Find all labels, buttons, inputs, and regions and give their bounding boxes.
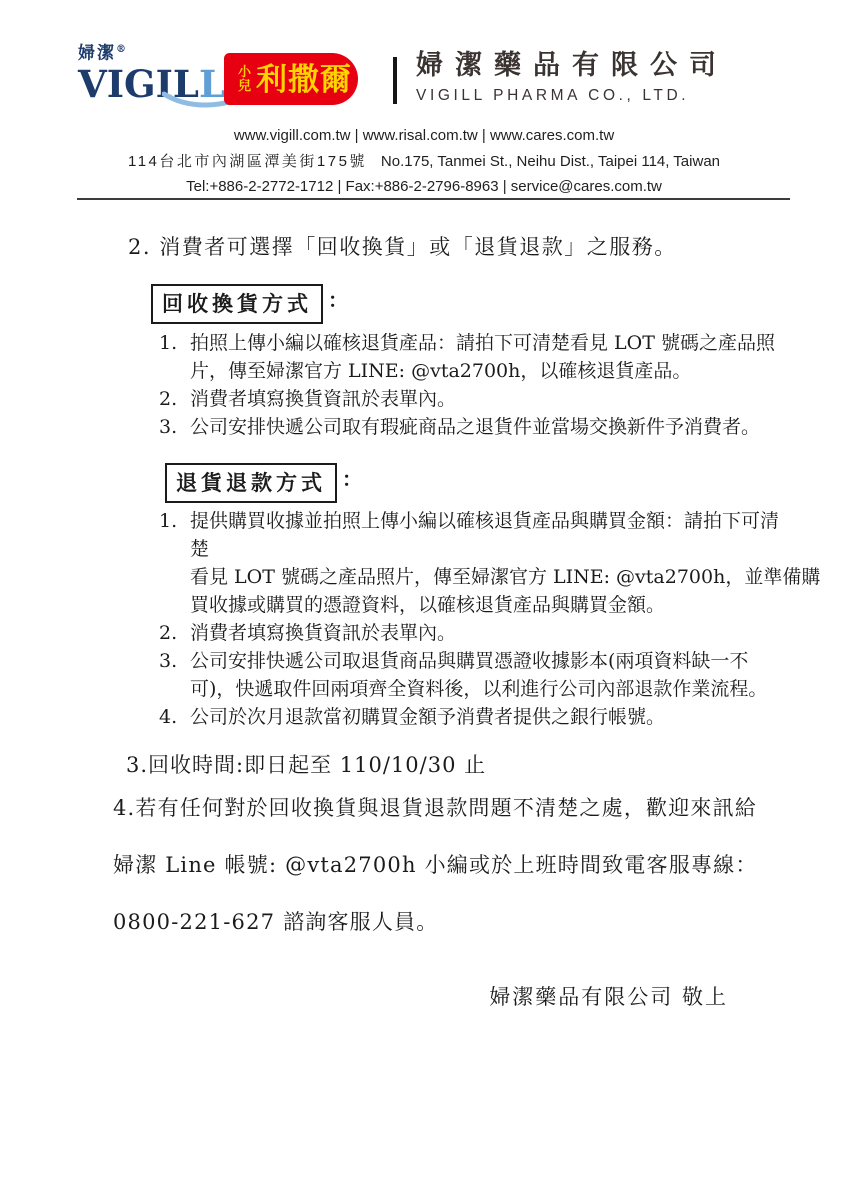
item-text: 消費者填寫換貨資訊於表單內。 — [190, 619, 456, 647]
contact-tel-fax-email: Tel:+886-2-2772-1712 | Fax:+886-2-2796-8… — [0, 174, 848, 200]
item-line: 看見 LOT 號碼之產品照片，傳至婦潔官方 LINE: @vta2700h，並準… — [190, 563, 820, 591]
item-line: 公司安排快遞公司取有瑕疵商品之退貨件並當場交換新件予消費者。 — [190, 413, 760, 441]
item-line: 公司安排快遞公司取退貨商品與購買憑證收據影本(兩項資料缺一不 — [190, 647, 767, 675]
item-number: 4. — [159, 703, 190, 731]
document-page: 婦潔® VIGILL 小兒 利撒爾 婦潔藥品有限公司 VIGILL PHARMA… — [0, 0, 848, 1200]
company-name-block: 婦潔藥品有限公司 VIGILL PHARMA CO., LTD. — [416, 51, 728, 105]
contact-address-cn: 114台北市內湖區潭美街175號 — [128, 153, 367, 170]
item-line: 公司於次月退款當初購買金額予消費者提供之銀行帳號。 — [190, 703, 665, 731]
item-line: 可)，快遞取件回兩項齊全資料後，以利進行公司內部退款作業流程。 — [190, 675, 767, 703]
item-line: 拍照上傳小編以確核退貨產品：請拍下可清楚看見 LOT 號碼之產品照 — [190, 329, 775, 357]
logo-wordmark: VIGILL — [78, 66, 225, 103]
registered-mark: ® — [116, 44, 126, 55]
item-number: 3. — [159, 413, 190, 441]
header-divider-bar — [393, 57, 397, 104]
item-number: 1. — [159, 507, 190, 619]
contact-address-en: No.175, Tanmei St., Neihu Dist., Taipei … — [381, 153, 720, 170]
item-text: 公司安排快遞公司取有瑕疵商品之退貨件並當場交換新件予消費者。 — [190, 413, 760, 441]
list-item: 4. 公司於次月退款當初購買金額予消費者提供之銀行帳號。 — [159, 703, 820, 731]
item-line: 片，傳至婦潔官方 LINE: @vta2700h，以確核退貨產品。 — [190, 357, 775, 385]
item-number: 3. — [159, 647, 190, 703]
badge-large-label: 利撒爾 — [256, 64, 352, 95]
item-line: 買收據或購買的憑證資料，以確核退貨產品與購買金額。 — [190, 591, 820, 619]
paragraph-2: 2. 消費者可選擇「回收換貨」或「退貨退款」之服務。 — [128, 231, 677, 261]
refund-list: 1. 提供購買收據並拍照上傳小編以確核退貨產品與購買金額：請拍下可清 楚 看見 … — [159, 507, 820, 731]
item-text: 拍照上傳小編以確核退貨產品：請拍下可清楚看見 LOT 號碼之產品照 片，傳至婦潔… — [190, 329, 775, 385]
paragraph-4-line: 婦潔 Line 帳號: @vta2700h 小編或於上班時間致電客服專線： — [113, 853, 758, 877]
list-item: 2. 消費者填寫換貨資訊於表單內。 — [159, 385, 775, 413]
contact-block: www.vigill.com.tw | www.risal.com.tw | w… — [0, 123, 848, 200]
logo-brand-cn-text: 婦潔 — [78, 44, 116, 64]
exchange-method-heading: 回收換貨方式： — [151, 284, 348, 324]
logo-brand-cn: 婦潔® — [78, 45, 225, 63]
list-item: 3. 公司安排快遞公司取有瑕疵商品之退貨件並當場交換新件予消費者。 — [159, 413, 775, 441]
closing-signature: 婦潔藥品有限公司 敬上 — [489, 981, 728, 1011]
refund-method-title: 退貨退款方式 — [165, 463, 337, 503]
item-text: 公司安排快遞公司取退貨商品與購買憑證收據影本(兩項資料缺一不 可)，快遞取件回兩… — [190, 647, 767, 703]
company-name-en: VIGILL PHARMA CO., LTD. — [416, 87, 728, 105]
list-item: 1. 拍照上傳小編以確核退貨產品：請拍下可清楚看見 LOT 號碼之產品照 片，傳… — [159, 329, 775, 385]
paragraph-4-line: 4.若有任何對於回收換貨與退貨退款問題不清楚之處，歡迎來訊給 — [113, 796, 758, 820]
item-line: 楚 — [190, 535, 820, 563]
exchange-list: 1. 拍照上傳小編以確核退貨產品：請拍下可清楚看見 LOT 號碼之產品照 片，傳… — [159, 329, 775, 441]
exchange-method-title: 回收換貨方式 — [151, 284, 323, 324]
header-rule — [77, 198, 790, 200]
paragraph-4-line: 0800-221-627 諮詢客服人員。 — [113, 910, 758, 934]
item-text: 提供購買收據並拍照上傳小編以確核退貨產品與購買金額：請拍下可清 楚 看見 LOT… — [190, 507, 820, 619]
item-text: 公司於次月退款當初購買金額予消費者提供之銀行帳號。 — [190, 703, 665, 731]
item-number: 2. — [159, 385, 190, 413]
item-line: 消費者填寫換貨資訊於表單內。 — [190, 619, 456, 647]
item-number: 2. — [159, 619, 190, 647]
contact-websites: www.vigill.com.tw | www.risal.com.tw | w… — [0, 123, 848, 149]
risal-badge: 小兒 利撒爾 — [224, 53, 358, 105]
list-item: 2. 消費者填寫換貨資訊於表單內。 — [159, 619, 820, 647]
refund-method-colon: ： — [342, 467, 362, 491]
item-text: 消費者填寫換貨資訊於表單內。 — [190, 385, 456, 413]
company-name-cn: 婦潔藥品有限公司 — [416, 51, 728, 81]
badge-small-label: 小兒 — [238, 65, 253, 92]
item-line: 消費者填寫換貨資訊於表單內。 — [190, 385, 456, 413]
paragraph-3: 3.回收時間:即日起至 110/10/30 止 — [126, 749, 486, 779]
exchange-method-colon: ： — [328, 288, 348, 312]
vigill-logo: 婦潔® VIGILL — [78, 45, 225, 103]
list-item: 1. 提供購買收據並拍照上傳小編以確核退貨產品與購買金額：請拍下可清 楚 看見 … — [159, 507, 820, 619]
paragraph-4: 4.若有任何對於回收換貨與退貨退款問題不清楚之處，歡迎來訊給 婦潔 Line 帳… — [113, 796, 758, 967]
item-number: 1. — [159, 329, 190, 385]
contact-address: 114台北市內湖區潭美街175號No.175, Tanmei St., Neih… — [0, 149, 848, 175]
refund-method-heading: 退貨退款方式： — [165, 463, 362, 503]
list-item: 3. 公司安排快遞公司取退貨商品與購買憑證收據影本(兩項資料缺一不 可)，快遞取… — [159, 647, 820, 703]
item-line: 提供購買收據並拍照上傳小編以確核退貨產品與購買金額：請拍下可清 — [190, 507, 820, 535]
